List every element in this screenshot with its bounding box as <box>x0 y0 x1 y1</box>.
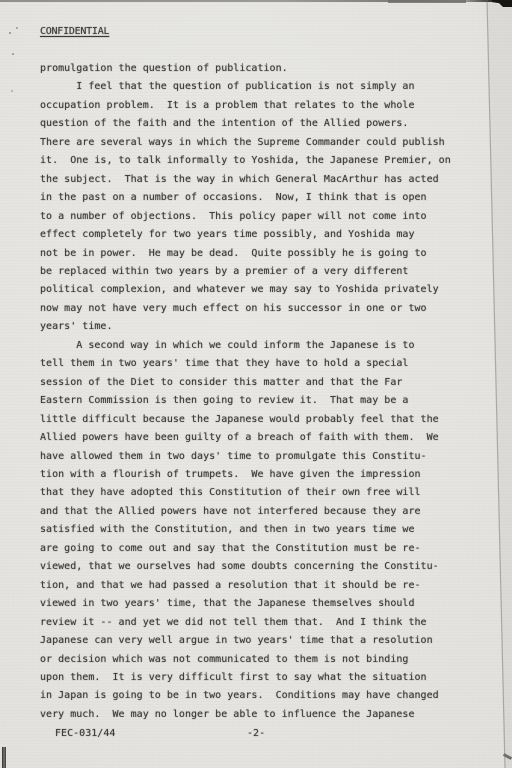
text-line: are going to come out and say that the C… <box>40 540 472 558</box>
text-line: to a number of objections. This policy p… <box>40 208 472 226</box>
document-reference: FEC-031/44 <box>55 728 115 739</box>
text-line: not be in power. He may be dead. Quite p… <box>40 245 472 263</box>
paper-speckle <box>9 32 11 34</box>
scanned-page: CONFIDENTIAL promulgation the question o… <box>0 0 512 768</box>
text-line: it. One is, to talk informally to Yoshid… <box>40 152 472 170</box>
text-line: very much. We may no longer be able to i… <box>40 706 472 724</box>
text-line: upon them. It is very difficult first to… <box>40 669 472 687</box>
text-line: now may not have very much effect on his… <box>40 300 472 318</box>
scan-mark-bottom-right <box>503 753 512 760</box>
text-line: promulgation the question of publication… <box>40 60 472 78</box>
text-line: and that the Allied powers have not inte… <box>40 503 472 521</box>
paper-speckle <box>16 27 18 29</box>
scan-edge-top-dark-segment <box>388 0 466 3</box>
text-line: the subject. That is the way in which Ge… <box>40 171 472 189</box>
text-line: effect completely for two years time pos… <box>40 226 472 244</box>
text-line: viewed in two years' time, that the Japa… <box>40 595 472 613</box>
text-line: Japanese can very well argue in two year… <box>40 632 472 650</box>
document-footer: FEC-031/44 -2- <box>0 728 512 746</box>
text-line: I feel that the question of publication … <box>40 78 472 96</box>
text-line: Allied powers have been guilty of a brea… <box>40 429 472 447</box>
text-line: that they have adopted this Constitution… <box>40 484 472 502</box>
text-line: There are several ways in which the Supr… <box>40 134 472 152</box>
text-line: Eastern Commission is then going to revi… <box>40 392 472 410</box>
text-line: review it -- and yet we did not tell the… <box>40 614 472 632</box>
text-line: years' time. <box>40 318 472 336</box>
scan-corner-mark <box>492 0 512 7</box>
text-line: in the past on a number of occasions. No… <box>40 189 472 207</box>
page-number: -2- <box>247 728 265 739</box>
text-line: in Japan is going to be in two years. Co… <box>40 687 472 705</box>
text-line: tell them in two years' time that they h… <box>40 355 472 373</box>
text-line: tion with a flourish of trumpets. We hav… <box>40 466 472 484</box>
text-line: political complexion, and whatever we ma… <box>40 281 472 299</box>
text-line: tion, and that we had passed a resolutio… <box>40 577 472 595</box>
document-body: promulgation the question of publication… <box>40 60 472 724</box>
text-line: question of the faith and the intention … <box>40 115 472 133</box>
text-line: viewed, that we ourselves had some doubt… <box>40 558 472 576</box>
text-line: A second way in which we could inform th… <box>40 337 472 355</box>
text-line: occupation problem. It is a problem that… <box>40 97 472 115</box>
paper-speckle <box>12 53 14 55</box>
text-line: or decision which was not communicated t… <box>40 651 472 669</box>
text-line: little difficult because the Japanese wo… <box>40 411 472 429</box>
scan-mark-bottom-left <box>2 747 6 768</box>
paper-speckle <box>11 90 13 92</box>
text-line: session of the Diet to consider this mat… <box>40 374 472 392</box>
text-line: satisfied with the Constitution, and the… <box>40 521 472 539</box>
classification-stamp: CONFIDENTIAL <box>40 26 109 37</box>
text-line: be replaced within two years by a premie… <box>40 263 472 281</box>
text-line: have allowed them in two days' time to p… <box>40 448 472 466</box>
